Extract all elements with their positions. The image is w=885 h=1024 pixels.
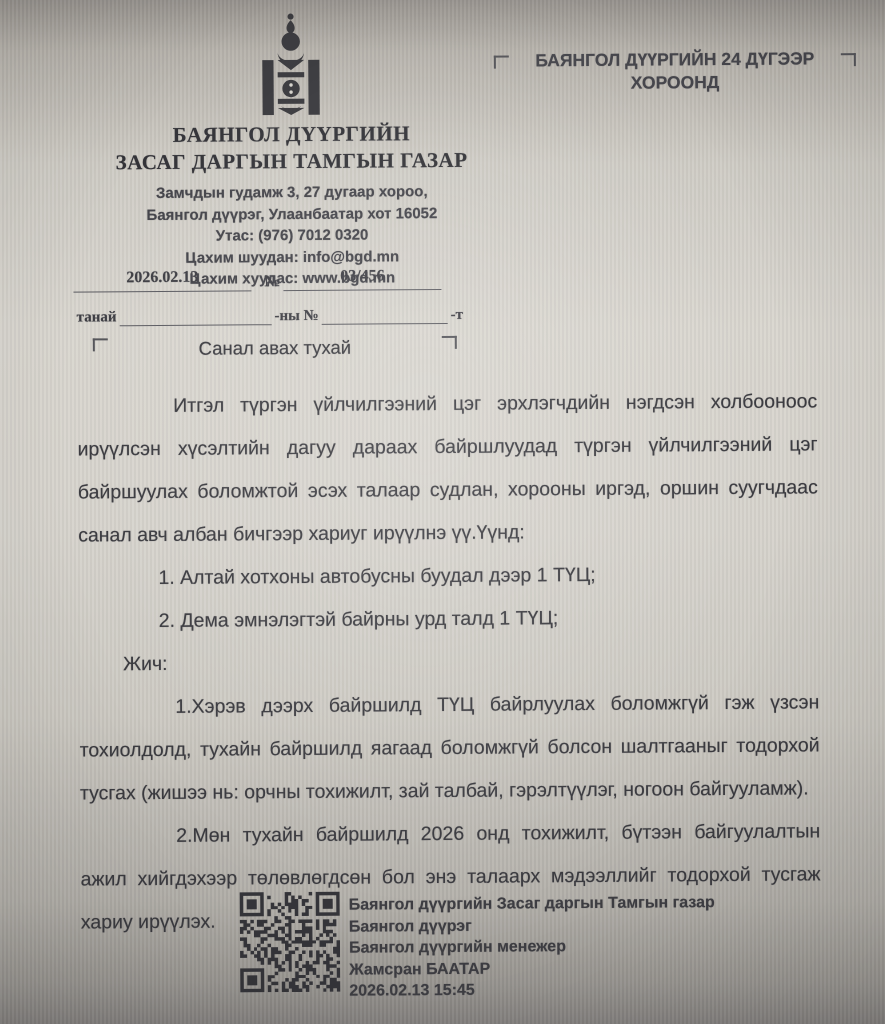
- phone-line: Утас: (976) 7012 0320: [96, 224, 488, 248]
- letter-number: 03/456: [340, 267, 385, 284]
- signature-timestamp: 2026.02.13 15:45: [349, 978, 715, 1002]
- recipient-line2: ХОРООНД: [491, 70, 859, 96]
- corner-bracket-right-icon: [841, 53, 856, 66]
- letter-body: Итгэл түргэн үйлчилгээний цэг эрхлэгчдий…: [77, 380, 821, 944]
- qr-code: [240, 892, 341, 993]
- reference-reply-row: танай -ны № -т: [74, 300, 474, 327]
- signature-org: Баянгол дүүргийн Засаг даргын Тамгын газ…: [349, 892, 715, 916]
- blank-field-2: [322, 301, 448, 325]
- corner-bracket-left-icon: [494, 56, 509, 69]
- org-name: БАЯНГОЛ ДҮҮРГИЙН ЗАСАГ ДАРГЫН ТАМГЫН ГАЗ…: [95, 120, 487, 177]
- signature-text: Баянгол дүүргийн Засаг даргын Тамгын газ…: [349, 889, 716, 1002]
- address-line1: Замчдын гудамж 3, 27 дугаар хороо,: [96, 181, 488, 205]
- date-field: 2026.02.13: [73, 268, 251, 292]
- org-name-line1: БАЯНГОЛ ДҮҮРГИЙН: [95, 120, 487, 150]
- list-item-2: 2. Дема эмнэлэгтэй байрны урд талд 1 ТҮЦ…: [79, 595, 819, 643]
- document-photo: БАЯНГОЛ ДҮҮРГИЙН ЗАСАГ ДАРГЫН ТАМГЫН ГАЗ…: [0, 0, 885, 1024]
- body-paragraph-1: Итгэл түргэн үйлчилгээний цэг эрхлэгчдий…: [77, 380, 818, 557]
- org-name-line2: ЗАСАГ ДАРГЫН ТАМГЫН ГАЗАР: [95, 147, 487, 177]
- address-line2: Баянгол дүүрэг, Улаанбаатар хот 16052: [96, 202, 488, 226]
- letter-date: 2026.02.13: [126, 269, 198, 287]
- number-field: 03/456: [283, 267, 441, 291]
- signature-block: Баянгол дүүргийн Засаг даргын Тамгын газ…: [240, 889, 716, 1003]
- recipient-line1: БАЯНГОЛ ДҮҮРГИЙН 24 ДҮГЭЭР: [491, 47, 859, 73]
- number-sign-label: №: [261, 273, 283, 291]
- reference-block: 2026.02.13 № 03/456 танай -ны № -т: [73, 266, 473, 327]
- mid-label: -ны №: [271, 308, 321, 325]
- corner-bracket-left-icon: [93, 338, 108, 351]
- recipient-block: БАЯНГОЛ ДҮҮРГИЙН 24 ДҮГЭЭР ХОРООНД: [491, 47, 859, 96]
- signature-district: Баянгол дүүрэг: [349, 914, 715, 938]
- note-paragraph-1: 1.Хэрэв дээрх байршилд ТҮЦ байрлуулах бо…: [79, 681, 820, 815]
- note-label: Жич:: [79, 638, 819, 686]
- letterhead: БАЯНГОЛ ДҮҮРГИЙН ЗАСАГ ДАРГЫН ТАМГЫН ГАЗ…: [95, 12, 489, 291]
- corner-bracket-right-icon: [442, 336, 457, 349]
- suffix-label: -т: [448, 307, 466, 324]
- signature-role: Баянгол дүүргийн менежер: [349, 935, 715, 959]
- reference-date-row: 2026.02.13 № 03/456: [73, 266, 473, 293]
- list-item-1: 1. Алтай хотхоны автобусны буудал дээр 1…: [78, 552, 818, 600]
- letter-page: БАЯНГОЛ ДҮҮРГИЙН ЗАСАГ ДАРГЫН ТАМГЫН ГАЗ…: [0, 0, 885, 1024]
- your-label: танай: [74, 309, 120, 326]
- subject-block: Санал авах тухай: [91, 332, 459, 365]
- signature-name: Жамсран БААТАР: [349, 957, 715, 981]
- blank-field-1: [119, 302, 271, 326]
- soyombo-emblem-icon: [255, 13, 328, 116]
- subject-title: Санал авах тухай: [199, 337, 352, 359]
